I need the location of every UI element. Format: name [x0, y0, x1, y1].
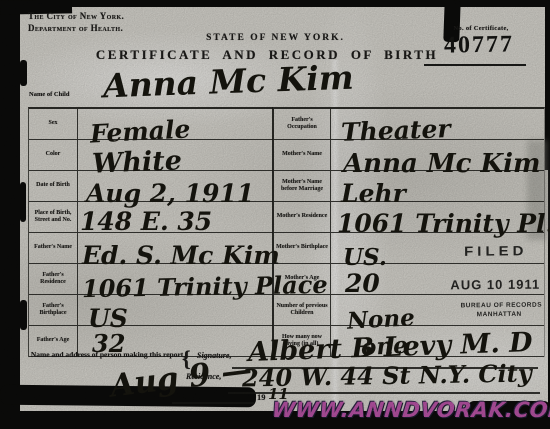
field-label-text: Father's Birthplace — [31, 303, 75, 317]
field-label-text: Sex — [49, 120, 58, 127]
field-label-text: Place of Birth, Street and No. — [31, 210, 75, 224]
field-label-text: Father's Name — [34, 244, 72, 251]
field-label-text: Color — [46, 151, 61, 158]
table-row: Place of Birth, Street and No. 148 E. 35 — [29, 202, 273, 233]
field-label-text: Mother's Residence — [277, 213, 328, 220]
filed-stamp-date: AUG 10 1911 — [450, 277, 540, 293]
field-label: Father's Birthplace — [29, 295, 78, 325]
filed-stamp-word: FILED — [464, 244, 527, 260]
table-row: Mother's Name Anna Mc Kim — [274, 140, 544, 171]
field-label: Father's Name — [29, 233, 78, 263]
certificate-number-value: 40777 — [426, 31, 532, 60]
child-name-label: Name of Child — [29, 91, 85, 98]
field-label-text: Mother's Name — [282, 151, 322, 158]
field-value-text: 148 E. 35 — [80, 207, 212, 236]
certificate-number-underline — [424, 64, 526, 66]
field-value: Theater — [331, 109, 544, 139]
scan-blemish-left-3 — [20, 300, 27, 330]
field-value: 1061 Trinity Pl. — [331, 202, 544, 232]
table-row: Father's Birthplace US — [29, 295, 273, 326]
field-label: Father's Occupation — [274, 109, 331, 139]
scan-edge-top — [0, 0, 550, 7]
filed-stamp-bureau: BUREAU OF RECORDS — [461, 302, 543, 310]
field-label-text: Father's Age — [37, 337, 70, 344]
table-row: Father's Residence 1061 Trinity Place — [29, 264, 273, 295]
field-value: Lehr — [331, 171, 544, 201]
field-value: Ed. S. Mc Kim — [78, 233, 273, 263]
table-left-column: Sex Female Color White Date of Birth Aug… — [28, 107, 273, 357]
field-label: Mother's Birthplace — [274, 233, 331, 263]
table-row: Father's Occupation Theater — [274, 109, 544, 140]
field-label: Mother's Name before Marriage — [274, 171, 331, 201]
state-line: STATE OF NEW YORK. — [178, 33, 373, 43]
field-value-text: 20 — [345, 269, 380, 298]
field-label: Mother's Age — [274, 264, 331, 294]
field-label-text: Father's Residence — [31, 272, 75, 286]
field-label-text: Father's Occupation — [276, 117, 328, 131]
field-value: US — [78, 295, 273, 325]
table-row: Mother's Name before Marriage Lehr — [274, 171, 544, 202]
field-value: Aug 2, 1911 — [78, 171, 273, 201]
agency-line1: The City of New York. — [28, 11, 198, 23]
field-label: Place of Birth, Street and No. — [29, 202, 78, 232]
field-value: 1061 Trinity Place — [78, 264, 273, 294]
table-right-column: Father's Occupation Theater Mother's Nam… — [272, 107, 545, 357]
field-label-text: Number of previous Children — [276, 303, 328, 317]
table-row: Color White — [29, 140, 273, 171]
field-label-text: Mother's Birthplace — [276, 244, 328, 251]
website-watermark: WWW.ANNDVORAK.COM — [271, 398, 550, 422]
field-label: Color — [29, 140, 78, 170]
scan-blemish-left-1 — [20, 60, 27, 86]
agency-line2: Department of Health. — [28, 23, 198, 35]
table-row: Date of Birth Aug 2, 1911 — [29, 171, 273, 202]
field-label: Mother's Residence — [274, 202, 331, 232]
field-label: Mother's Name — [274, 140, 331, 170]
field-value: Anna Mc Kim — [331, 140, 544, 170]
field-label: Date of Birth — [29, 171, 78, 201]
field-value: Female — [78, 109, 273, 139]
table-row: Sex Female — [29, 109, 273, 140]
field-label: Father's Residence — [29, 264, 78, 294]
field-label-text: Mother's Name before Marriage — [276, 179, 328, 193]
table-row: Father's Name Ed. S. Mc Kim — [29, 233, 273, 264]
field-label-text: Date of Birth — [36, 182, 70, 189]
scan-edge-left — [0, 0, 20, 429]
scan-blemish-left-2 — [20, 182, 26, 222]
report-date-line — [172, 402, 254, 404]
agency-name: The City of New York. Department of Heal… — [28, 11, 198, 34]
table-row: Mother's Residence 1061 Trinity Pl. — [274, 202, 544, 233]
field-value: 148 E. 35 — [78, 202, 273, 232]
birth-certificate-scan: The City of New York. Department of Heal… — [0, 0, 550, 429]
report-date-year-prefix: 19 — [257, 392, 266, 402]
report-person-label: Name and address of person making this r… — [30, 350, 186, 360]
field-label: Number of previous Children — [274, 295, 331, 325]
field-label-text: Mother's Age — [285, 275, 320, 282]
field-value: White — [78, 140, 273, 170]
filed-stamp-borough: MANHATTAN — [477, 311, 522, 318]
field-label: Sex — [29, 109, 78, 139]
